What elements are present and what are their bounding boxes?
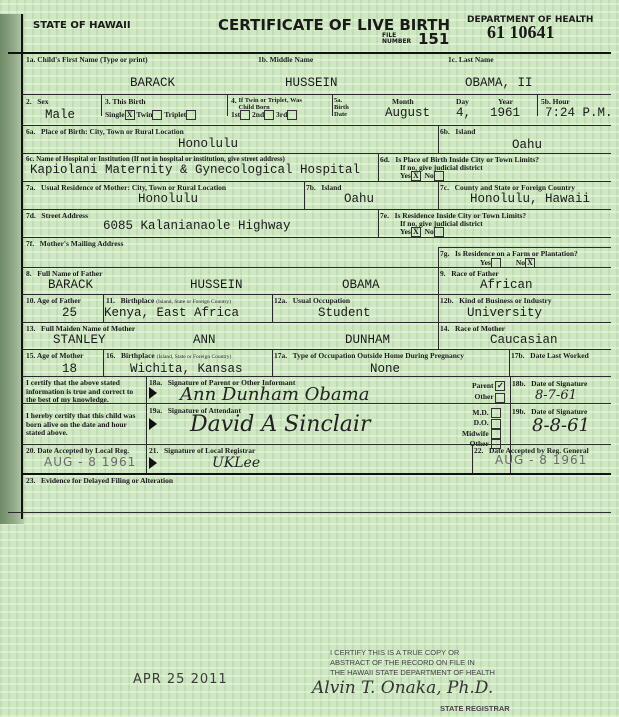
race-father-label: Race of Father — [451, 269, 498, 278]
parent-label: Parent — [472, 381, 494, 390]
no-label: No — [516, 258, 525, 267]
birth-day: 4, — [456, 106, 471, 120]
mother-residence-label: Usual Residence of Mother: City, Town or… — [41, 183, 226, 192]
divider — [22, 209, 611, 210]
divider — [22, 403, 611, 404]
divider — [438, 125, 439, 153]
divider — [22, 94, 611, 95]
date-accepted-local-label: Date Accepted by Local Reg. — [37, 446, 129, 455]
field-num: 1c. — [448, 55, 457, 64]
twin-label: Twin — [136, 110, 152, 119]
midwife-checkbox[interactable] — [491, 429, 501, 439]
sex-label: Sex — [37, 97, 48, 106]
divider — [103, 349, 104, 376]
divider — [438, 322, 439, 349]
arrow-icon — [149, 387, 157, 399]
divider — [22, 125, 611, 126]
certification-date-stamp: APR 25 2011 — [133, 672, 228, 687]
date-accepted-local-stamp: AUG - 8 1961 — [44, 455, 136, 469]
third-checkbox[interactable] — [287, 110, 297, 120]
certify-line-1: I CERTIFY THIS IS A TRUE COPY OR — [330, 648, 495, 658]
other-informant-checkbox[interactable] — [495, 393, 505, 403]
file-number-label: FILE NUMBER — [382, 33, 411, 45]
field-num: 23. — [26, 476, 35, 485]
second-label: 2nd — [252, 110, 264, 119]
attendant-certification-text: I hereby certify that this child was bor… — [26, 412, 144, 438]
file-label-2: NUMBER — [382, 39, 411, 45]
hospital-label: Name of Hospital or Institution (If not … — [36, 155, 285, 163]
attendant-signature: David A Sinclair — [190, 412, 370, 437]
month-label: Month — [392, 97, 414, 106]
first-label: 1st — [231, 110, 240, 119]
informant-signature-date: 8-7-61 — [535, 388, 577, 403]
mother-occupation-label: Type of Occupation Outside Home During P… — [293, 351, 464, 360]
field-num: 12b. — [440, 296, 454, 305]
mother-middle-name: ANN — [193, 333, 216, 347]
divider — [304, 181, 305, 209]
inside-city-yes-checkbox[interactable]: X — [411, 171, 421, 181]
birth-hour: 7:24 P.M. — [545, 106, 613, 120]
mother-birthplace-label: Birthplace — [121, 351, 155, 360]
father-name-label: Full Name of Father — [37, 269, 102, 278]
mother-maiden-name-label: Full Maiden Name of Mother — [41, 324, 135, 333]
twin-order-label: If Twin or Triplet, Was Child Born — [239, 97, 317, 111]
field-num: 17b. — [511, 351, 525, 360]
divider — [22, 349, 611, 350]
certify-line-2: ABSTRACT OF THE RECORD ON FILE IN — [330, 658, 495, 668]
field-num: 7d. — [26, 211, 36, 220]
do-label: D.O. — [474, 418, 489, 427]
race-father: African — [480, 278, 533, 292]
father-birthplace: Kenya, East Africa — [104, 306, 239, 320]
field-num: 12a. — [274, 296, 287, 305]
delayed-filing-label: Evidence for Delayed Filing or Alteratio… — [41, 476, 173, 485]
field-num: 7f. — [26, 239, 34, 248]
file-number: 151 — [418, 30, 449, 48]
mother-birthplace: Wichita, Kansas — [130, 362, 243, 376]
age-father-label: Age of Father — [37, 296, 81, 305]
field-num: 6d. — [380, 155, 390, 164]
no-label: No — [425, 171, 434, 180]
other-label: Other — [475, 392, 494, 401]
field-num: 1a. — [26, 55, 35, 64]
single-checkbox[interactable]: X — [125, 110, 135, 120]
field-num: 6a. — [26, 127, 35, 136]
local-registrar-signature: UKLee — [212, 455, 260, 471]
field-num: 21. — [149, 446, 158, 455]
field-num: 8. — [26, 269, 32, 278]
document-title: CERTIFICATE OF LIVE BIRTH — [218, 16, 450, 34]
department-number: 61 10641 — [487, 22, 555, 43]
divider — [438, 247, 439, 267]
field-num: 10. — [26, 296, 35, 305]
child-middle-name-label: Middle Name — [270, 55, 314, 64]
field-num: 18a. — [149, 378, 162, 387]
divider — [22, 181, 611, 182]
midwife-label: Midwife — [462, 429, 489, 438]
mother-residence: Honolulu — [138, 192, 198, 206]
birth-island: Oahu — [512, 138, 542, 152]
divider — [332, 94, 333, 116]
child-first-name-label: Child's First Name (Type or print) — [37, 55, 147, 64]
divider — [227, 94, 228, 116]
mother-county-state: Honolulu, Hawaii — [470, 192, 590, 206]
divider — [146, 444, 611, 445]
age-mother: 18 — [62, 362, 77, 376]
father-occupation: Student — [318, 306, 371, 320]
mother-occupation: None — [370, 362, 400, 376]
yes-label: Yes — [480, 258, 491, 267]
field-num: 5a. — [334, 97, 349, 104]
triplet-checkbox[interactable] — [186, 110, 196, 120]
race-mother-label: Race of Mother — [455, 324, 505, 333]
field-num: 19b. — [512, 407, 526, 416]
divider — [438, 181, 439, 209]
child-last-name-label: Last Name — [459, 55, 494, 64]
year-label: Year — [498, 97, 513, 106]
divider — [22, 237, 611, 238]
twin-checkbox[interactable] — [152, 110, 162, 120]
field-num: 17a. — [274, 351, 287, 360]
birthplace-hint: (Island, State or Foreign Country) — [156, 299, 231, 305]
divider — [22, 322, 611, 323]
father-last-name: OBAMA — [342, 278, 380, 292]
divider — [438, 247, 611, 248]
birth-date-label-2: Date — [334, 111, 349, 118]
triplet-label: Triplet — [164, 110, 186, 119]
field-num: 14. — [440, 324, 449, 333]
divider — [22, 473, 611, 475]
state-registrar-signature: Alvin T. Onaka, Ph.D. — [312, 678, 493, 698]
field-num: 2. — [26, 97, 32, 106]
arrow-icon — [149, 457, 157, 469]
age-mother-label: Age of Mother — [37, 351, 84, 360]
child-middle-name: HUSSEIN — [285, 76, 338, 90]
md-label: M.D. — [472, 408, 488, 417]
arrow-icon — [149, 418, 157, 430]
divider — [8, 52, 611, 54]
state-registrar-title: STATE REGISTRAR — [440, 704, 510, 714]
date-last-worked-label: Date Last Worked — [530, 351, 589, 360]
father-birthplace-label: Birthplace — [121, 296, 155, 305]
place-of-birth-label: Place of Birth: City, Town or Rural Loca… — [41, 127, 184, 136]
first-checkbox[interactable] — [240, 110, 250, 120]
divider — [22, 294, 611, 295]
field-num: 7e. — [380, 211, 389, 220]
divider — [22, 153, 611, 154]
field-num: 7g. — [440, 249, 449, 258]
sex-value: Male — [45, 108, 75, 122]
father-business: University — [467, 306, 542, 320]
divider — [101, 94, 102, 116]
certification-statement: I CERTIFY THIS IS A TRUE COPY OR ABSTRAC… — [330, 648, 495, 678]
field-num: 5b. — [541, 97, 551, 106]
child-last-name: OBAMA, II — [465, 76, 533, 90]
child-first-name: BARACK — [130, 76, 175, 90]
residence-yes-checkbox[interactable]: X — [411, 227, 421, 237]
divider — [22, 267, 611, 268]
field-num: 22. — [474, 446, 483, 455]
md-checkbox[interactable] — [491, 408, 501, 418]
informant-signature: Ann Dunham Obama — [180, 384, 369, 405]
occupation-label: Usual Occupation — [293, 296, 350, 305]
field-num: 7b. — [306, 183, 316, 192]
island-label: Island — [321, 183, 341, 192]
age-father: 25 — [62, 306, 77, 320]
state-label: STATE OF HAWAII — [33, 20, 131, 31]
divider — [22, 376, 611, 377]
attendant-signature-date: 8-8-61 — [532, 415, 590, 436]
field-num: 6b. — [440, 127, 450, 136]
divider — [8, 512, 611, 513]
certify-line-3: THE HAWAII STATE DEPARTMENT OF HEALTH — [330, 668, 495, 678]
county-state-label: County and State or Foreign Country — [455, 183, 575, 192]
street-address: 6085 Kalanianaole Highway — [103, 219, 291, 233]
divider — [537, 94, 538, 116]
field-num: 7c. — [440, 183, 449, 192]
divider — [378, 153, 379, 181]
parent-certification-text: I certify that the above stated informat… — [26, 379, 144, 405]
third-label: 3rd — [276, 110, 287, 119]
business-label: Kind of Business or Industry — [459, 296, 551, 305]
mailing-address-label: Mother's Mailing Address — [40, 239, 124, 248]
divider — [146, 376, 147, 474]
field-num: 18b. — [512, 379, 526, 388]
field-num: 19a. — [149, 406, 162, 415]
field-num: 15. — [26, 351, 35, 360]
date-of-signature-label: Date of Signature — [531, 379, 587, 388]
this-birth-label: This Birth — [112, 97, 145, 106]
no-label: No — [425, 227, 434, 236]
island-label: Island — [455, 127, 475, 136]
field-num: 1b. — [258, 55, 268, 64]
divider — [378, 209, 379, 237]
field-num: 20. — [26, 446, 35, 455]
do-checkbox[interactable] — [491, 419, 501, 429]
divider — [272, 349, 273, 376]
single-label: Single — [105, 110, 125, 119]
second-checkbox[interactable] — [264, 110, 274, 120]
field-num: 9. — [440, 269, 446, 278]
divider — [472, 444, 473, 474]
divider — [438, 294, 439, 322]
mother-last-name: DUNHAM — [345, 333, 390, 347]
field-num: 3. — [105, 97, 111, 106]
residence-no-checkbox[interactable] — [434, 227, 444, 237]
divider — [509, 349, 510, 376]
field-num: 4. — [231, 96, 237, 105]
hospital-name: Kapiolani Maternity & Gynecological Hosp… — [30, 163, 360, 177]
parent-checkbox[interactable]: ✓ — [495, 381, 505, 391]
field-num: 6c. — [26, 155, 34, 163]
field-num: 7a. — [26, 183, 35, 192]
birth-date-label: Birth — [334, 104, 349, 111]
field-num: 11. — [106, 296, 115, 305]
day-label: Day — [456, 97, 469, 106]
date-accepted-general-stamp: AUG - 8 1961 — [495, 453, 587, 467]
father-middle-name: HUSSEIN — [190, 278, 243, 292]
farm-plantation-label: Is Residence on a Farm or Plantation? — [455, 249, 578, 258]
inside-city-no-checkbox[interactable] — [434, 171, 444, 181]
birthplace-hint: (Island, State or Foreign Country) — [157, 354, 232, 360]
mother-island: Oahu — [344, 192, 374, 206]
mother-first-name: STANLEY — [53, 333, 106, 347]
local-registrar-signature-label: Signature of Local Registrar — [164, 446, 255, 455]
birth-month: August — [385, 106, 430, 120]
divider — [272, 294, 273, 322]
hour-label: Hour — [553, 97, 570, 106]
race-mother: Caucasian — [490, 333, 558, 347]
yes-label: Yes — [400, 227, 411, 236]
field-num: 16. — [106, 351, 115, 360]
place-of-birth: Honolulu — [178, 137, 238, 151]
street-address-label: Street Address — [41, 211, 88, 220]
yes-label: Yes — [400, 171, 411, 180]
field-num: 13. — [26, 324, 35, 333]
father-first-name: BARACK — [48, 278, 93, 292]
birth-year: 1961 — [490, 106, 520, 120]
divider — [438, 267, 439, 295]
